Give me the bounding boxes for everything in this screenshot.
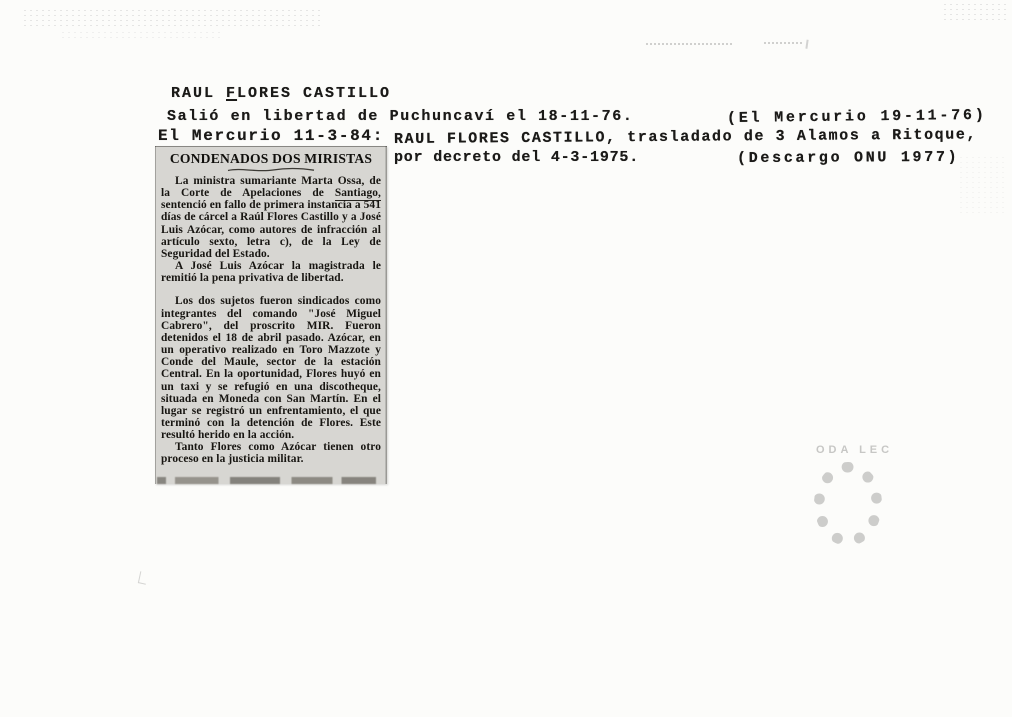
faint-dash-mark — [646, 43, 732, 45]
mercurio-date-label: El Mercurio 11-3-84: — [158, 127, 384, 145]
scanned-document-page: RAUL FLORES CASTILLO Salió en libertad d… — [0, 0, 1012, 717]
title-part: LORES CASTILLO — [237, 85, 391, 102]
document-title: RAUL FLORES CASTILLO — [171, 85, 391, 102]
scan-noise-right-edge — [958, 155, 1008, 215]
newspaper-clipping: CONDENADOS DOS MIRISTAS La ministra suma… — [155, 146, 387, 484]
headline-underline-mark — [225, 167, 317, 173]
clipping-headline: CONDENADOS DOS MIRISTAS — [161, 149, 381, 167]
faint-dash-mark — [764, 42, 802, 44]
clipping-paragraph: Los dos sujetos fueron sindicados como i… — [161, 295, 381, 441]
clipping-paragraph: A José Luis Azócar la magistrada le remi… — [161, 260, 381, 284]
scan-noise-top-right — [942, 2, 1010, 22]
clipping-paragraph: Tanto Flores como Azócar tienen otro pro… — [161, 441, 381, 465]
transfer-note-line-1: RAUL FLORES CASTILLO, trasladado de 3 Al… — [394, 126, 977, 148]
scan-noise-top-left — [22, 8, 322, 30]
clipping-torn-edge — [157, 477, 385, 484]
stamp-ring-emblem — [814, 462, 882, 546]
archive-stamp: ODA LEC — [806, 444, 893, 546]
title-underlined-letter: F — [226, 85, 237, 102]
faint-corner-mark — [138, 571, 148, 584]
paragraph-text: sentenció en fallo de primera instancia … — [161, 199, 381, 260]
source-citation-onu: (Descargo ONU 1977) — [737, 149, 959, 167]
stamp-text: ODA LEC — [816, 444, 893, 456]
title-part: RAUL — [171, 85, 226, 102]
clipping-paragraph: La ministra sumariante Marta Ossa, de la… — [161, 175, 381, 260]
faint-tick-mark — [805, 40, 812, 50]
scan-noise-top-left-2 — [60, 30, 220, 40]
source-citation-mercurio-1976: (El Mercurio 19-11-76) — [727, 107, 987, 127]
transfer-note-line-2: por decreto del 4-3-1975. — [394, 149, 639, 166]
release-note-line: Salió en libertad de Puchuncaví el 18-11… — [167, 108, 633, 125]
